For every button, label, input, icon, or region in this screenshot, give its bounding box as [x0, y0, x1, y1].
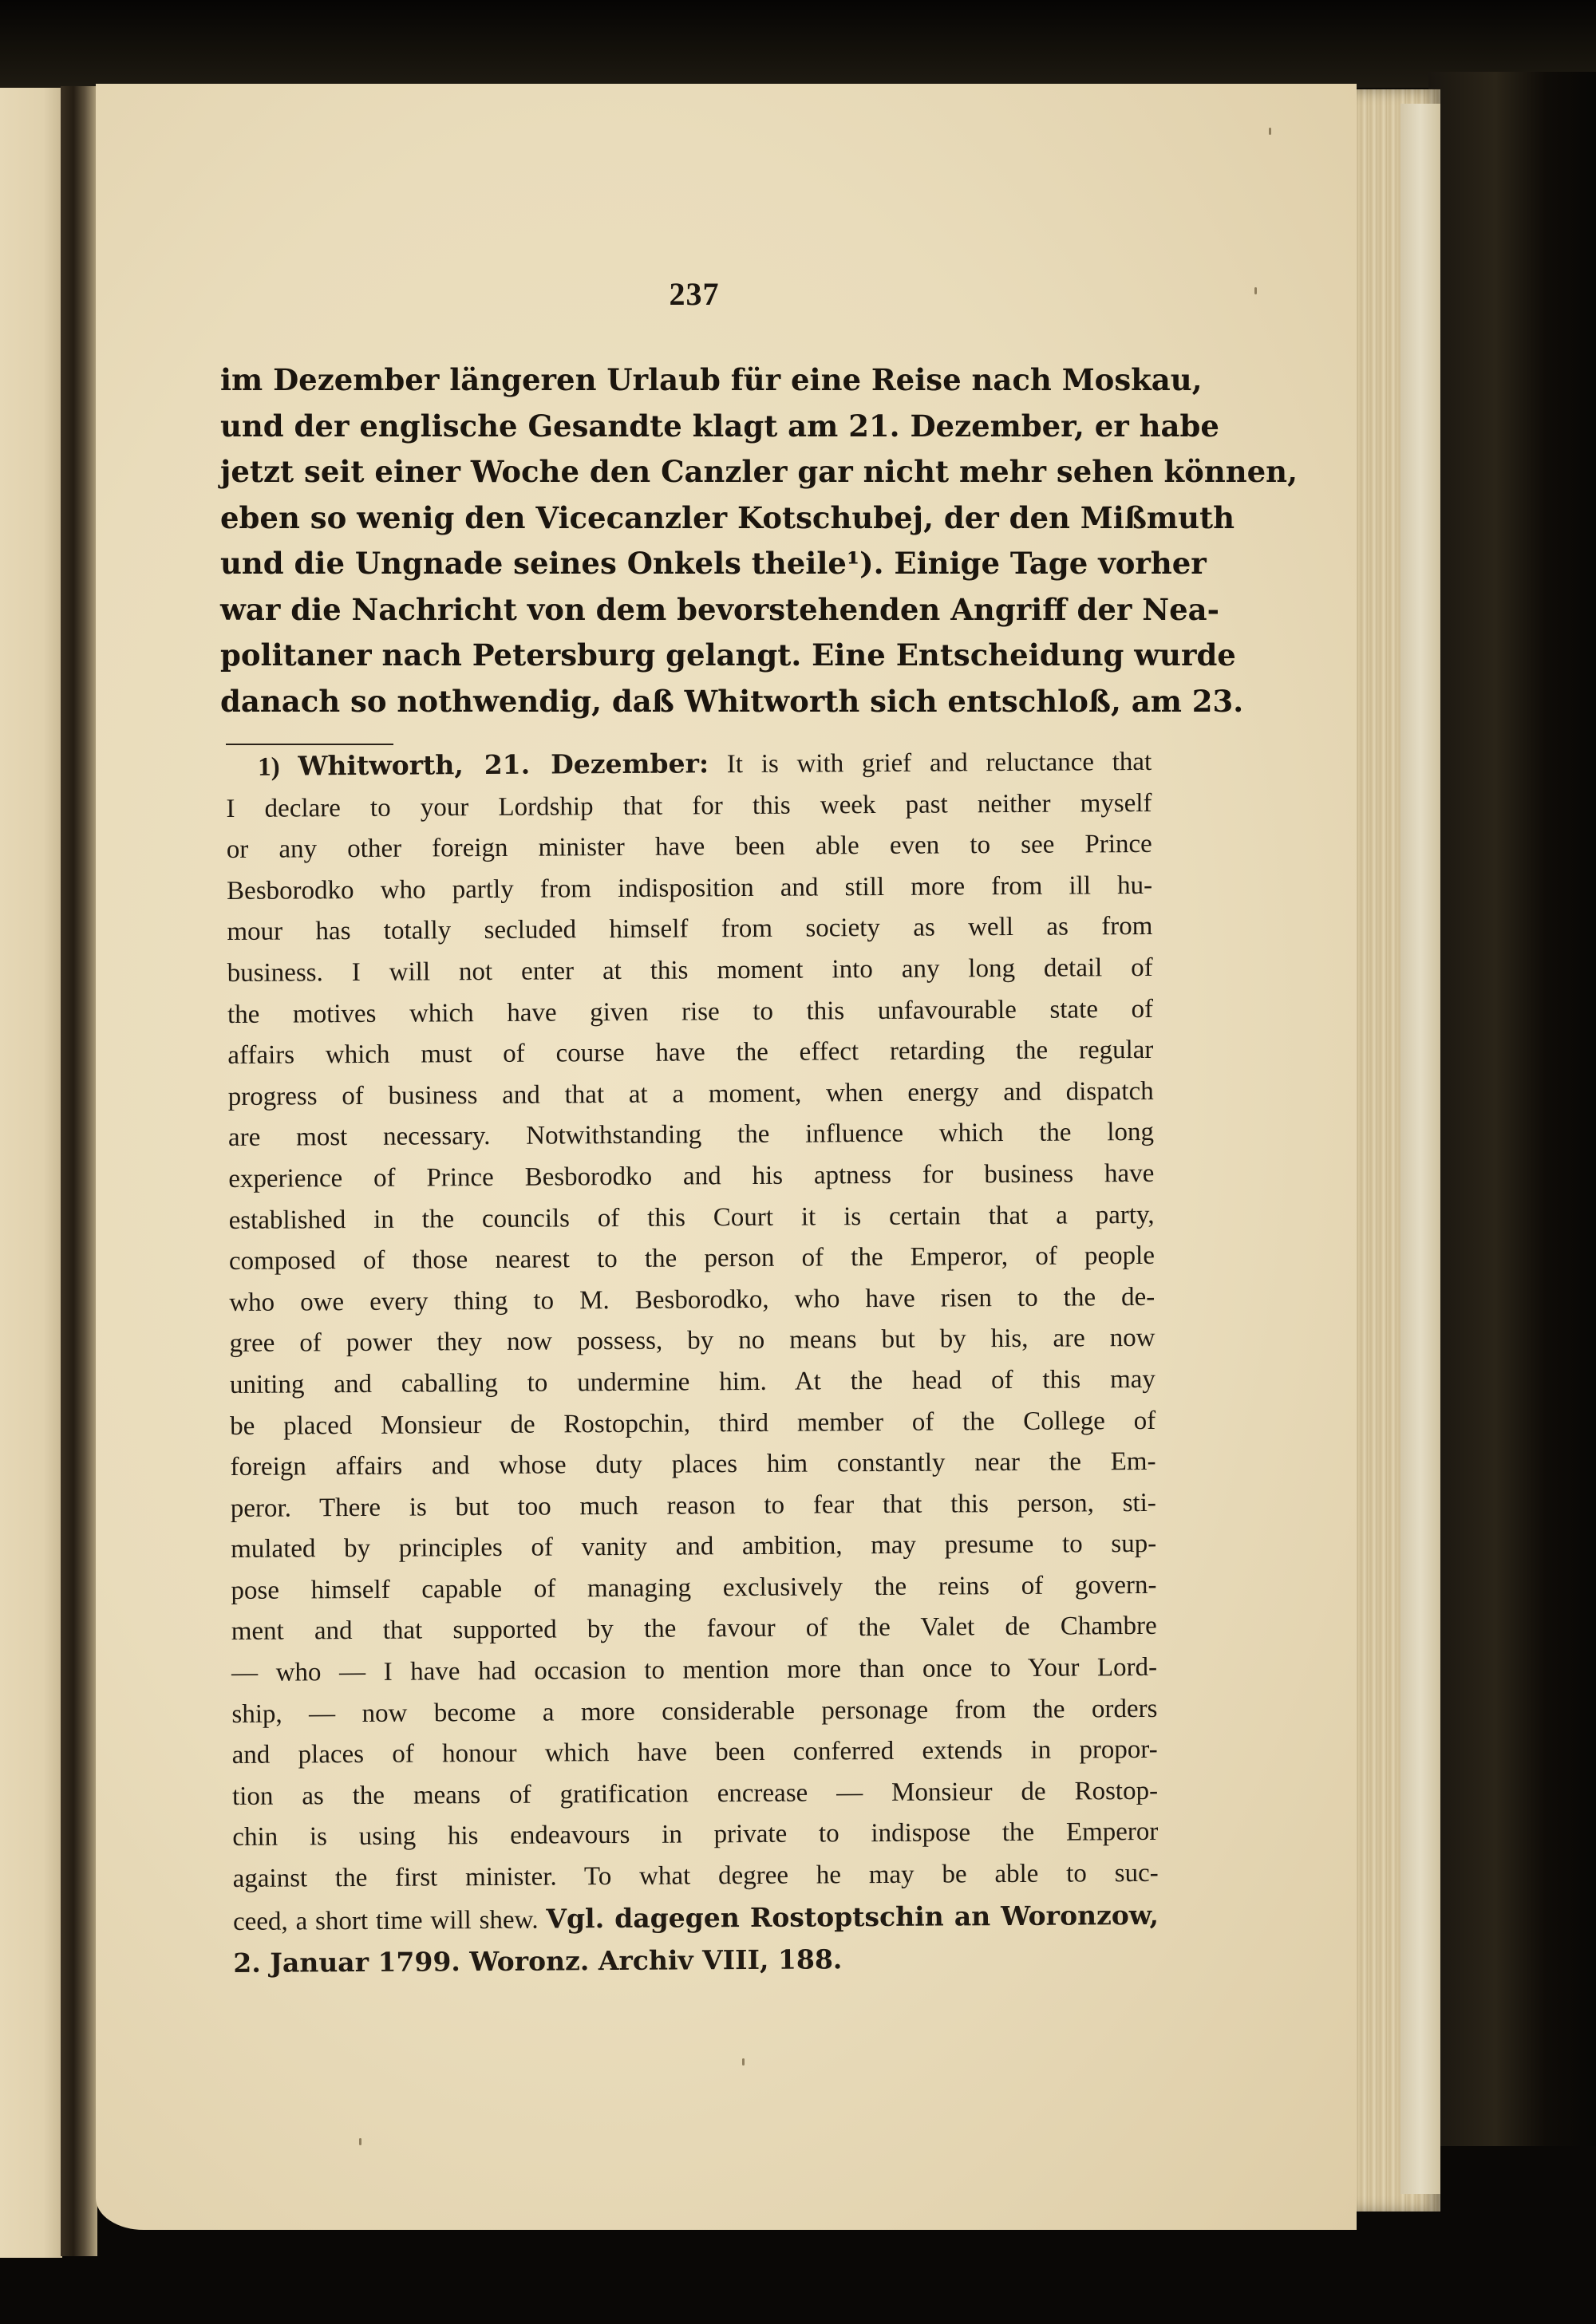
footnote-line: tion as the means of gratification encre…: [232, 1771, 1158, 1818]
footnote-line: business. I will not enter at this momen…: [227, 948, 1153, 995]
main-text-line: war die Nachricht von dem bevorstehenden…: [220, 587, 1151, 633]
footnote-line: or any other foreign minister have been …: [227, 824, 1152, 871]
footnote-text: ceed, a short time will shew.: [233, 1905, 539, 1935]
footnote-line: experience of Prince Besborodko and his …: [228, 1154, 1154, 1201]
footnote-line: mulated by principles of vanity and ambi…: [231, 1524, 1156, 1571]
paper-speck: [359, 2138, 361, 2145]
book-gutter: [61, 86, 97, 2256]
footnote-text: It is with grief and reluctance that: [727, 748, 1152, 779]
footnote-line: — who — I have had occasion to mention m…: [231, 1647, 1157, 1695]
paper-speck: [742, 2058, 745, 2066]
main-text-block: im Dezember längeren Urlaub für eine Rei…: [220, 357, 1151, 724]
footnote-line: ment and that supported by the favour of…: [231, 1606, 1157, 1653]
main-text-line: eben so wenig den Vicecanzler Kotschubej…: [220, 495, 1151, 542]
footnote-line: mour has totally secluded himself from s…: [227, 906, 1152, 953]
book-cover-top: [0, 0, 1596, 88]
main-text-line: politaner nach Petersburg gelangt. Eine …: [220, 633, 1151, 679]
footnote-block: 1) Whitworth, 21. Dezember: It is with g…: [226, 740, 1159, 1984]
footnote-line: ceed, a short time will shew. Vgl. dageg…: [233, 1895, 1159, 1943]
footnote-line: 1) Whitworth, 21. Dezember: It is with g…: [226, 740, 1152, 789]
footnote-line: peror. There is but too much reason to f…: [231, 1483, 1156, 1530]
footnote-line: who owe every thing to M. Besborodko, wh…: [229, 1277, 1155, 1324]
book-cover-right: [1428, 72, 1596, 2146]
main-text-line: jetzt seit einer Woche den Canzler gar n…: [220, 449, 1151, 495]
footnote-line: and places of honour which have been con…: [232, 1730, 1158, 1777]
footnote-line: progress of business and that at a momen…: [228, 1071, 1154, 1119]
footnote-line: affairs which must of course have the ef…: [227, 1030, 1153, 1077]
footnote-line: I declare to your Lordship that for this…: [226, 783, 1152, 831]
page-number: 237: [0, 275, 1389, 313]
footnote-line: uniting and caballing to undermine him. …: [230, 1359, 1156, 1407]
footnote-line: composed of those nearest to the person …: [229, 1236, 1155, 1283]
left-page-edge: [0, 88, 62, 2258]
footnote-line: pose himself capable of managing exclusi…: [231, 1565, 1156, 1612]
footnote-line: against the first minister. To what degr…: [233, 1853, 1159, 1900]
main-text-line: im Dezember längeren Urlaub für eine Rei…: [220, 357, 1151, 404]
footnote-line: ship, — now become a more considerable p…: [231, 1689, 1157, 1736]
page-stack-edges-inner: [1400, 104, 1440, 2194]
footnote-line: are most necessary. Notwithstanding the …: [228, 1112, 1154, 1159]
footnote-line: established in the councils of this Cour…: [228, 1194, 1154, 1241]
main-text-line: danach so nothwendig, daß Whitworth sich…: [220, 679, 1151, 725]
footnote-line: the motives which have given rise to thi…: [227, 988, 1153, 1036]
footnote-source: Whitworth, 21. Dezember:: [298, 748, 709, 781]
footnote-number: 1): [258, 753, 280, 782]
footnote-line: gree of power they now possess, by no me…: [229, 1318, 1155, 1365]
main-text-line: und die Ungnade seines Onkels theile¹). …: [220, 541, 1151, 587]
footnote-reference: Vgl. dagegen Rostoptschin an Woronzow,: [546, 1900, 1159, 1935]
footnote-line: foreign affairs and whose duty places hi…: [230, 1442, 1156, 1489]
main-text-line: und der englische Gesandte klagt am 21. …: [220, 404, 1151, 450]
footnote-line: be placed Monsieur de Rostopchin, third …: [230, 1400, 1156, 1447]
footnote-line: Besborodko who partly from indisposition…: [227, 866, 1152, 913]
footnote-line: chin is using his endeavours in private …: [232, 1812, 1158, 1859]
footnote-citation: 2. Januar 1799. Woronz. Archiv VIII, 188…: [233, 1937, 1159, 1984]
paper-speck: [1269, 128, 1271, 135]
